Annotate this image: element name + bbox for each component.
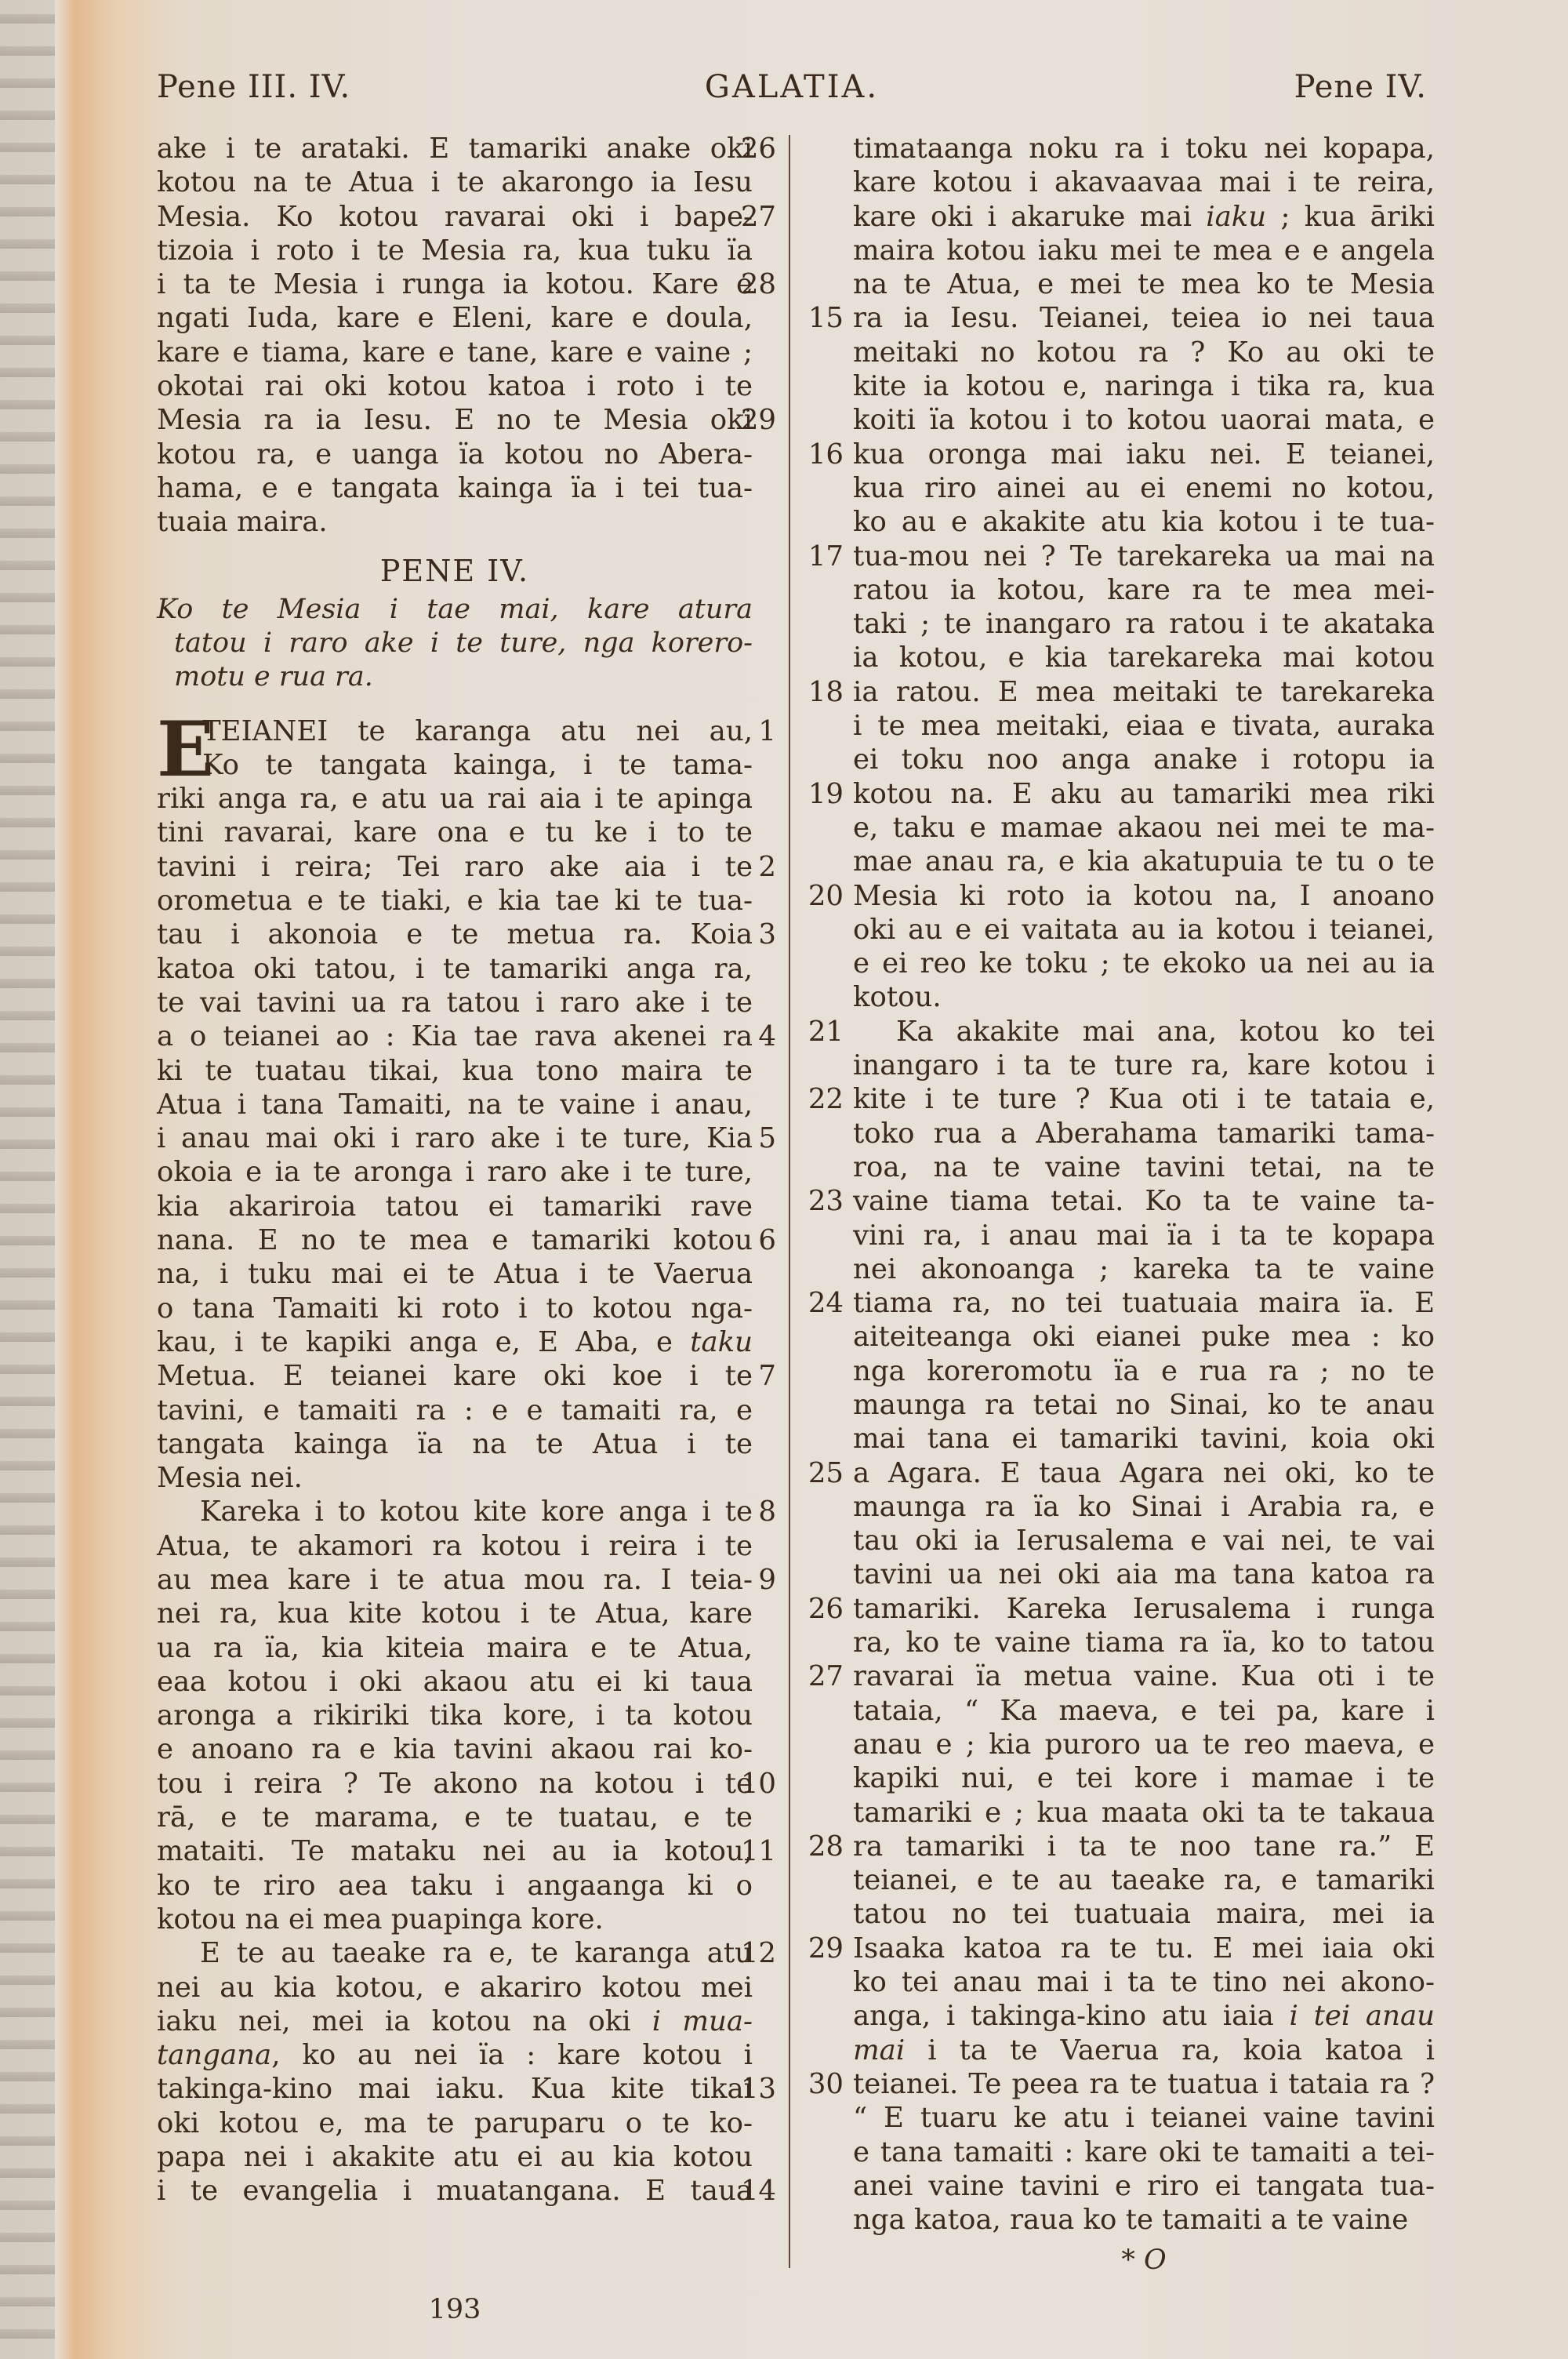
text-line: 30teianei. Te peea ra te tuatua i tataia… xyxy=(800,2067,1435,2101)
text-line: nga katoa, raua ko te tamaiti a te vaine xyxy=(800,2203,1435,2237)
text-line: ko tei anau mai i ta te tino nei akono- xyxy=(800,1965,1435,1999)
line-text: taki ; te inangaro ra ratou i te akataka xyxy=(853,607,1435,641)
verse-number: 29 xyxy=(721,403,776,437)
text-line: eaa kotou i oki akaou atu ei ki taua xyxy=(157,1665,776,1699)
line-text: Kareka i to kotou kite kore anga i te xyxy=(157,1495,753,1528)
previous-page-edge xyxy=(0,0,55,2359)
line-text: kotou na ei mea puapinga kore. xyxy=(157,1903,753,1936)
line-text: timataanga noku ra i toku nei kopapa, xyxy=(853,132,1435,165)
text-line: kare oki i akaruke mai iaku ; kua āriki xyxy=(800,200,1435,234)
line-text: ki te tuatau tikai, kua tono maira te xyxy=(157,1054,753,1088)
line-text: mai i ta te Vaerua ra, koia katoa i xyxy=(853,2034,1435,2067)
line-text: teianei, e te au taeake ra, e tamariki xyxy=(853,1863,1435,1897)
text-line: mai i ta te Vaerua ra, koia katoa i xyxy=(800,2034,1435,2067)
line-text: tatou no tei tuatuaia maira, mei ia xyxy=(853,1897,1435,1931)
line-text: i te mea meitaki, eiaa e tivata, auraka xyxy=(853,709,1435,743)
line-text: teianei. Te peea ra te tuatua i tataia r… xyxy=(853,2067,1435,2101)
text-line: roa, na te vaine tavini tetai, na te xyxy=(800,1150,1435,1184)
line-text: na te Atua, e mei te mea ko te Mesia xyxy=(853,267,1435,301)
line-text: Isaaka katoa ra te tu. E mei iaia oki xyxy=(853,1932,1435,1965)
text-line: anau e ; kia puroro ua te reo maeva, e xyxy=(800,1728,1435,1761)
line-text: kite i te ture ? Kua oti i te tataia e, xyxy=(853,1082,1435,1116)
line-text: okotai rai oki kotou katoa i roto i te xyxy=(157,369,753,403)
text-line: tizoia i roto i te Mesia ra, kua tuku ïa xyxy=(157,234,776,267)
line-text: kapiki nui, e tei kore i mamae i te xyxy=(853,1761,1435,1795)
line-text: tizoia i roto i te Mesia ra, kua tuku ïa xyxy=(157,234,753,267)
text-line: tini ravarai, kare ona e tu ke i to te xyxy=(157,816,776,849)
line-text: TEIANEI te karanga atu nei au, xyxy=(202,714,753,748)
line-text: nana. E no te mea e tamariki kotou xyxy=(157,1223,753,1257)
text-line: ei toku noo anga anake i rotopu ia xyxy=(800,743,1435,776)
text-line: kia akariroia tatou ei tamariki rave xyxy=(157,1190,776,1223)
text-line: 23vaine tiama tetai. Ko ta te vaine ta- xyxy=(800,1184,1435,1218)
line-text: i te evangelia i muatangana. E taua xyxy=(157,2174,753,2208)
text-line: kau, i te kapiki anga e, E Aba, e taku xyxy=(157,1325,776,1359)
summary-line: Ko te Mesia i tae mai, kare atura xyxy=(157,593,753,627)
text-line: rā, e te marama, e te tuatau, e te xyxy=(157,1801,776,1834)
line-text: ratou ia kotou, kare ra te mea mei- xyxy=(853,573,1435,607)
header-book-title: GALATIA. xyxy=(157,69,1427,105)
text-line: tavini, e tamaiti ra : e e tamaiti ra, e xyxy=(157,1394,776,1427)
text-line: kotou na te Atua i te akarongo ia Iesu xyxy=(157,165,776,199)
verse-number: 6 xyxy=(721,1223,776,1257)
line-text: ngati Iuda, kare e Eleni, kare e doula, xyxy=(157,301,753,335)
line-text: aronga a rikiriki tika kore, i ta kotou xyxy=(157,1699,753,1732)
line-text: aiteiteanga oki eianei puke mea : ko xyxy=(853,1320,1435,1354)
text-line: mae anau ra, e kia akatupuia te tu o te xyxy=(800,845,1435,878)
text-line: kua riro ainei au ei enemi no kotou, xyxy=(800,471,1435,505)
text-line: tamariki e ; kua maata oki ta te takaua xyxy=(800,1796,1435,1830)
line-text: inangaro i ta te ture ra, kare kotou i xyxy=(853,1049,1435,1082)
text-line: kotou ra, e uanga ïa kotou no Abera- xyxy=(157,438,776,471)
line-text: maunga ra ïa ko Sinai i Arabia ra, e xyxy=(853,1490,1435,1524)
line-text: a Agara. E taua Agara nei oki, ko te xyxy=(853,1456,1435,1490)
line-text: tua-mou nei ? Te tarekareka ua mai na xyxy=(853,540,1435,573)
line-text: kau, i te kapiki anga e, E Aba, e taku xyxy=(157,1325,753,1359)
line-text: nei au kia kotou, e akariro kotou mei xyxy=(157,1971,753,2005)
text-line: i ta te Mesia i runga ia kotou. Kare e28 xyxy=(157,267,776,301)
text-line: kapiki nui, e tei kore i mamae i te xyxy=(800,1761,1435,1795)
verse-number: 9 xyxy=(721,1563,776,1597)
verse-number: 22 xyxy=(800,1082,844,1116)
text-line: o tana Tamaiti ki roto i to kotou nga- xyxy=(157,1292,776,1325)
line-text: nga katoa, raua ko te tamaiti a te vaine xyxy=(853,2203,1435,2237)
line-text: e ei reo ke toku ; te ekoko ua nei au ia xyxy=(853,947,1435,980)
text-line: vini ra, i anau mai ïa i ta te kopapa xyxy=(800,1219,1435,1252)
line-text: eaa kotou i oki akaou atu ei ki taua xyxy=(157,1665,753,1699)
line-text: ra tamariki i ta te noo tane ra.” E xyxy=(853,1830,1435,1863)
text-line: tangata kainga ïa na te Atua i te xyxy=(157,1427,776,1461)
text-line: 28ra tamariki i ta te noo tane ra.” E xyxy=(800,1830,1435,1863)
line-text: oki au e ei vaitata au ia kotou i teiane… xyxy=(853,913,1435,947)
line-text: oki kotou e, ma te paruparu o te ko- xyxy=(157,2106,753,2140)
text-line: Metua. E teianei kare oki koe i te7 xyxy=(157,1359,776,1393)
line-text: kare oki i akaruke mai iaku ; kua āriki xyxy=(853,200,1435,234)
line-text: toko rua a Aberahama tamariki tama- xyxy=(853,1117,1435,1150)
line-text: tamariki. Kareka Ierusalema i runga xyxy=(853,1592,1435,1626)
verse-number: 27 xyxy=(721,200,776,234)
chapter-summary: Ko te Mesia i tae mai, kare aturatatou i… xyxy=(157,593,753,694)
verse-number: 27 xyxy=(800,1659,844,1693)
line-text: tiama ra, no tei tuatuaia maira ïa. E xyxy=(853,1286,1435,1320)
verse-number: 29 xyxy=(800,1932,844,1965)
text-line: a o teianei ao : Kia tae rava akenei ra4 xyxy=(157,1020,776,1053)
line-text: orometua e te tiaki, e kia tae ki te tua… xyxy=(157,884,753,918)
line-text: katoa oki tatou, i te tamariki anga ra, xyxy=(157,952,753,986)
line-text: tini ravarai, kare ona e tu ke i to te xyxy=(157,816,753,849)
line-text: Metua. E teianei kare oki koe i te xyxy=(157,1359,753,1393)
verse-number: 15 xyxy=(800,301,844,335)
line-text: nei ra, kua kite kotou i te Atua, kare xyxy=(157,1597,753,1630)
text-line: 17tua-mou nei ? Te tarekareka ua mai na xyxy=(800,540,1435,573)
verse-number: 20 xyxy=(800,879,844,913)
line-text: takinga-kino mai iaku. Kua kite tikai xyxy=(157,2072,753,2106)
line-text: tou i reira ? Te akono na kotou i te xyxy=(157,1767,753,1801)
text-line: tuaia maira. xyxy=(157,505,776,539)
line-text: i ta te Mesia i runga ia kotou. Kare e xyxy=(157,267,753,301)
text-line: nei au kia kotou, e akariro kotou mei xyxy=(157,1971,776,2005)
verse-number: 7 xyxy=(721,1359,776,1393)
column-divider xyxy=(789,135,790,2268)
line-text: Mesia ki roto ia kotou na, I anoano xyxy=(853,879,1435,913)
line-text: Atua i tana Tamaiti, na te vaine i anau, xyxy=(157,1088,753,1121)
text-line: TEIANEI te karanga atu nei au,1 xyxy=(157,714,776,748)
line-text: tavini ua nei oki aia ma tana katoa ra xyxy=(853,1558,1435,1591)
text-line: riki anga ra, e atu ua rai aia i te apin… xyxy=(157,782,776,816)
line-text: kite ia kotou e, naringa i tika ra, kua xyxy=(853,369,1435,403)
verse-number: 28 xyxy=(721,267,776,301)
text-line: kare e tiama, kare e tane, kare e vaine … xyxy=(157,336,776,369)
verse-number: 13 xyxy=(721,2072,776,2106)
text-line: Mesia nei. xyxy=(157,1461,776,1495)
text-line: maunga ra ïa ko Sinai i Arabia ra, e xyxy=(800,1490,1435,1524)
verse-number: 10 xyxy=(721,1767,776,1801)
text-line: 18ia ratou. E mea meitaki te tarekareka xyxy=(800,675,1435,709)
text-line: ia kotou, e kia tarekareka mai kotou xyxy=(800,641,1435,674)
line-text: kare kotou i akavaavaa mai i te reira, xyxy=(853,165,1435,199)
text-line: 26tamariki. Kareka Ierusalema i runga xyxy=(800,1592,1435,1626)
line-text: mae anau ra, e kia akatupuia te tu o te xyxy=(853,845,1435,878)
line-text: e anoano ra e kia tavini akaou rai ko- xyxy=(157,1732,753,1766)
text-line: ra, ko te vaine tiama ra ïa, ko to tatou xyxy=(800,1626,1435,1659)
text-line: 25a Agara. E taua Agara nei oki, ko te xyxy=(800,1456,1435,1490)
text-line: kite ia kotou e, naringa i tika ra, kua xyxy=(800,369,1435,403)
text-line: i te evangelia i muatangana. E taua14 xyxy=(157,2174,776,2208)
text-line: maira kotou iaku mei te mea e e angela xyxy=(800,234,1435,267)
text-line: aiteiteanga oki eianei puke mea : ko xyxy=(800,1320,1435,1354)
text-line: kotou. xyxy=(800,980,1435,1014)
line-text: vaine tiama tetai. Ko ta te vaine ta- xyxy=(853,1184,1435,1218)
line-text: iaku nei, mei ia kotou na oki i mua- xyxy=(157,2005,753,2038)
line-text: Ko te tangata kainga, i te tama- xyxy=(202,748,753,782)
spacer xyxy=(157,694,776,714)
verse-number: 4 xyxy=(721,1020,776,1053)
text-line: kare kotou i akavaavaa mai i te reira, xyxy=(800,165,1435,199)
verse-number: 26 xyxy=(800,1592,844,1626)
text-line: timataanga noku ra i toku nei kopapa, xyxy=(800,132,1435,165)
text-line: i te mea meitaki, eiaa e tivata, auraka xyxy=(800,709,1435,743)
text-line: ake i te arataki. E tamariki anake oki26 xyxy=(157,132,776,165)
verse-number: 24 xyxy=(800,1286,844,1320)
line-text: o tana Tamaiti ki roto i to kotou nga- xyxy=(157,1292,753,1325)
verse-number: 8 xyxy=(721,1495,776,1528)
text-line: orometua e te tiaki, e kia tae ki te tua… xyxy=(157,884,776,918)
text-line: teianei, e te au taeake ra, e tamariki xyxy=(800,1863,1435,1897)
text-line: nei ra, kua kite kotou i te Atua, kare xyxy=(157,1597,776,1630)
text-line: nei akonoanga ; kareka ta te vaine xyxy=(800,1252,1435,1286)
verse-number: 2 xyxy=(721,850,776,884)
line-text: mataiti. Te mataku nei au ia kotou, xyxy=(157,1834,753,1868)
verse-number: 5 xyxy=(721,1121,776,1155)
text-line: takinga-kino mai iaku. Kua kite tikai13 xyxy=(157,2072,776,2106)
line-text: mai tana ei tamariki tavini, koia oki xyxy=(853,1422,1435,1456)
line-text: maira kotou iaku mei te mea e e angela xyxy=(853,234,1435,267)
text-line: okoia e ia te aronga i raro ake i te tur… xyxy=(157,1155,776,1189)
text-line: ngati Iuda, kare e Eleni, kare e doula, xyxy=(157,301,776,335)
line-text: e, taku e mamae akaou nei mei te ma- xyxy=(853,811,1435,845)
text-line: koiti ïa kotou i to kotou uaorai mata, e xyxy=(800,403,1435,437)
text-line: na, i tuku mai ei te Atua i te Vaerua xyxy=(157,1257,776,1291)
page-number: 193 xyxy=(157,2294,753,2325)
text-line: anei vaine tavini e riro ei tangata tua- xyxy=(800,2169,1435,2203)
text-line: tatou no tei tuatuaia maira, mei ia xyxy=(800,1897,1435,1931)
text-line: Mesia. Ko kotou ravarai oki i bape-27 xyxy=(157,200,776,234)
line-text: vini ra, i anau mai ïa i ta te kopapa xyxy=(853,1219,1435,1252)
line-text: “ E tuaru ke atu i teianei vaine tavini xyxy=(853,2101,1435,2135)
text-line: Mesia ra ia Iesu. E no te Mesia oki29 xyxy=(157,403,776,437)
line-text: kia akariroia tatou ei tamariki rave xyxy=(157,1190,753,1223)
text-line: e, taku e mamae akaou nei mei te ma- xyxy=(800,811,1435,845)
text-line: e ei reo ke toku ; te ekoko ua nei au ia xyxy=(800,947,1435,980)
text-line: tataia, “ Ka maeva, e tei pa, kare i xyxy=(800,1694,1435,1728)
line-text: riki anga ra, e atu ua rai aia i te apin… xyxy=(157,782,753,816)
text-line: 22kite i te ture ? Kua oti i te tataia e… xyxy=(800,1082,1435,1116)
line-text: okoia e ia te aronga i raro ake i te tur… xyxy=(157,1155,753,1189)
line-text: Ka akakite mai ana, kotou ko tei xyxy=(853,1015,1435,1049)
text-line: 21Ka akakite mai ana, kotou ko tei xyxy=(800,1015,1435,1049)
line-text: roa, na te vaine tavini tetai, na te xyxy=(853,1150,1435,1184)
line-text: tuaia maira. xyxy=(157,505,753,539)
text-line: ua ra ïa, kia kiteia maira e te Atua, xyxy=(157,1631,776,1665)
line-text: kotou ra, e uanga ïa kotou no Abera- xyxy=(157,438,753,471)
text-line: meitaki no kotou ra ? Ko au oki te xyxy=(800,336,1435,369)
verse-number: 23 xyxy=(800,1184,844,1218)
line-text: Mesia nei. xyxy=(157,1461,753,1495)
line-text: E te au taeake ra e, te karanga atu xyxy=(157,1936,753,1970)
text-line: Atua i tana Tamaiti, na te vaine i anau, xyxy=(157,1088,776,1121)
text-line: tau i akonoia e te metua ra. Koia3 xyxy=(157,918,776,951)
text-line: tau oki ia Ierusalema e vai nei, te vai xyxy=(800,1524,1435,1558)
line-text: i anau mai oki i raro ake i te ture, Kia xyxy=(157,1121,753,1155)
line-text: ko te riro aea taku i angaanga ki o xyxy=(157,1869,753,1903)
text-line: E te au taeake ra e, te karanga atu12 xyxy=(157,1936,776,1970)
line-text: anga, i takinga-kino atu iaia i tei anau xyxy=(853,1999,1435,2033)
verse-number: 25 xyxy=(800,1456,844,1490)
text-line: 29Isaaka katoa ra te tu. E mei iaia oki xyxy=(800,1932,1435,1965)
text-line: oki au e ei vaitata au ia kotou i teiane… xyxy=(800,913,1435,947)
verse-number: 16 xyxy=(800,438,844,471)
text-line: tangana, ko au nei ïa : kare kotou i xyxy=(157,2038,776,2072)
text-line: tavini i reira; Tei raro ake aia i te2 xyxy=(157,850,776,884)
verse-number: 21 xyxy=(800,1015,844,1049)
line-text: ko tei anau mai i ta te tino nei akono- xyxy=(853,1965,1435,1999)
text-line: nana. E no te mea e tamariki kotou6 xyxy=(157,1223,776,1257)
line-text: ko au e akakite atu kia kotou i te tua- xyxy=(853,505,1435,539)
line-text: nga koreromotu ïa e rua ra ; no te xyxy=(853,1354,1435,1388)
verse-number: 18 xyxy=(800,675,844,709)
verse-number: 19 xyxy=(800,777,844,811)
text-line: taki ; te inangaro ra ratou i te akataka xyxy=(800,607,1435,641)
line-text: e tana tamaiti : kare oki te tamaiti a t… xyxy=(853,2135,1435,2169)
line-text: kotou na te Atua i te akarongo ia Iesu xyxy=(157,165,753,199)
header-right-chapter: Pene IV. xyxy=(1294,69,1427,105)
text-line: hama, e e tangata kainga ïa i tei tua- xyxy=(157,471,776,505)
text-line: 24tiama ra, no tei tuatuaia maira ïa. E xyxy=(800,1286,1435,1320)
line-text: anei vaine tavini e riro ei tangata tua- xyxy=(853,2169,1435,2203)
line-text: ra ia Iesu. Teianei, teiea io nei taua xyxy=(853,301,1435,335)
line-text: ei toku noo anga anake i rotopu ia xyxy=(853,743,1435,776)
line-text: Atua, te akamori ra kotou i reira i te xyxy=(157,1529,753,1563)
text-line: mai tana ei tamariki tavini, koia oki xyxy=(800,1422,1435,1456)
verse-number: 12 xyxy=(721,1936,776,1970)
text-line: katoa oki tatou, i te tamariki anga ra, xyxy=(157,952,776,986)
text-line: Atua, te akamori ra kotou i reira i te xyxy=(157,1529,776,1563)
line-text: tavini, e tamaiti ra : e e tamaiti ra, e xyxy=(157,1394,753,1427)
line-text: tangana, ko au nei ïa : kare kotou i xyxy=(157,2038,753,2072)
line-text: rā, e te marama, e te tuatau, e te xyxy=(157,1801,753,1834)
text-line: e anoano ra e kia tavini akaou rai ko- xyxy=(157,1732,776,1766)
text-line: Ko te tangata kainga, i te tama- xyxy=(157,748,776,782)
line-text: ake i te arataki. E tamariki anake oki xyxy=(157,132,753,165)
line-text: ua ra ïa, kia kiteia maira e te Atua, xyxy=(157,1631,753,1665)
verse-number: 17 xyxy=(800,540,844,573)
line-text: tavini i reira; Tei raro ake aia i te xyxy=(157,850,753,884)
text-line: ko te riro aea taku i angaanga ki o xyxy=(157,1869,776,1903)
line-text: tamariki e ; kua maata oki ta te takaua xyxy=(853,1796,1435,1830)
line-text: Mesia ra ia Iesu. E no te Mesia oki xyxy=(157,403,753,437)
summary-line: motu e rua ra. xyxy=(157,660,753,694)
text-line: papa nei i akakite atu ei au kia kotou xyxy=(157,2140,776,2174)
left-column: ake i te arataki. E tamariki anake oki26… xyxy=(157,132,776,2208)
text-line: aronga a rikiriki tika kore, i ta kotou xyxy=(157,1699,776,1732)
line-text: tau i akonoia e te metua ra. Koia xyxy=(157,918,753,951)
text-line: au mea kare i te atua mou ra. I teia-9 xyxy=(157,1563,776,1597)
text-line: Kareka i to kotou kite kore anga i te8 xyxy=(157,1495,776,1528)
text-line: “ E tuaru ke atu i teianei vaine tavini xyxy=(800,2101,1435,2135)
line-text: a o teianei ao : Kia tae rava akenei ra xyxy=(157,1020,753,1053)
verse-number: 26 xyxy=(721,132,776,165)
text-line: 27ravarai ïa metua vaine. Kua oti i te xyxy=(800,1659,1435,1693)
line-text: tataia, “ Ka maeva, e tei pa, kare i xyxy=(853,1694,1435,1728)
line-text: kua oronga mai iaku nei. E teianei, xyxy=(853,438,1435,471)
chapter-body: ETEIANEI te karanga atu nei au,1Ko te ta… xyxy=(157,714,776,2208)
text-line: 15ra ia Iesu. Teianei, teiea io nei taua xyxy=(800,301,1435,335)
text-line: tavini ua nei oki aia ma tana katoa ra xyxy=(800,1558,1435,1591)
line-text: meitaki no kotou ra ? Ko au oki te xyxy=(853,336,1435,369)
line-text: tangata kainga ïa na te Atua i te xyxy=(157,1427,753,1461)
running-header: Pene III. IV. GALATIA. Pene IV. xyxy=(157,69,1427,116)
line-text: koiti ïa kotou i to kotou uaorai mata, e xyxy=(853,403,1435,437)
line-text: kotou na. E aku au tamariki mea riki xyxy=(853,777,1435,811)
text-line: i anau mai oki i raro ake i te ture, Kia… xyxy=(157,1121,776,1155)
text-line: tou i reira ? Te akono na kotou i te10 xyxy=(157,1767,776,1801)
line-text: ravarai ïa metua vaine. Kua oti i te xyxy=(853,1659,1435,1693)
verse-number: 28 xyxy=(800,1830,844,1863)
line-text: hama, e e tangata kainga ïa i tei tua- xyxy=(157,471,753,505)
text-line: maunga ra tetai no Sinai, ko te anau xyxy=(800,1388,1435,1422)
line-text: Mesia. Ko kotou ravarai oki i bape- xyxy=(157,200,753,234)
verse-number: 1 xyxy=(721,714,776,748)
line-text: ia ratou. E mea meitaki te tarekareka xyxy=(853,675,1435,709)
text-line: te vai tavini ua ra tatou i raro ake i t… xyxy=(157,986,776,1020)
line-text: ra, ko te vaine tiama ra ïa, ko to tatou xyxy=(853,1626,1435,1659)
verse-number: 14 xyxy=(721,2174,776,2208)
text-line: 19kotou na. E aku au tamariki mea riki xyxy=(800,777,1435,811)
text-line: kotou na ei mea puapinga kore. xyxy=(157,1903,776,1936)
text-line: anga, i takinga-kino atu iaia i tei anau xyxy=(800,1999,1435,2033)
line-text: ia kotou, e kia tarekareka mai kotou xyxy=(853,641,1435,674)
verse-number: 30 xyxy=(800,2067,844,2101)
text-line: oki kotou e, ma te paruparu o te ko- xyxy=(157,2106,776,2140)
line-text: kotou. xyxy=(853,980,1435,1014)
right-column: timataanga noku ra i toku nei kopapa,kar… xyxy=(800,132,1435,2237)
line-text: kua riro ainei au ei enemi no kotou, xyxy=(853,471,1435,505)
text-line: nga koreromotu ïa e rua ra ; no te xyxy=(800,1354,1435,1388)
text-line: iaku nei, mei ia kotou na oki i mua- xyxy=(157,2005,776,2038)
text-line: mataiti. Te mataku nei au ia kotou,11 xyxy=(157,1834,776,1868)
line-text: maunga ra tetai no Sinai, ko te anau xyxy=(853,1388,1435,1422)
line-text: anau e ; kia puroro ua te reo maeva, e xyxy=(853,1728,1435,1761)
verse-number: 11 xyxy=(721,1834,776,1868)
text-line: ratou ia kotou, kare ra te mea mei- xyxy=(800,573,1435,607)
text-line: e tana tamaiti : kare oki te tamaiti a t… xyxy=(800,2135,1435,2169)
text-line: toko rua a Aberahama tamariki tama- xyxy=(800,1117,1435,1150)
text-line: 20Mesia ki roto ia kotou na, I anoano xyxy=(800,879,1435,913)
line-text: na, i tuku mai ei te Atua i te Vaerua xyxy=(157,1257,753,1291)
line-text: au mea kare i te atua mou ra. I teia- xyxy=(157,1563,753,1597)
text-line: inangaro i ta te ture ra, kare kotou i xyxy=(800,1049,1435,1082)
chapter-title: PENE IV. xyxy=(157,540,753,593)
text-line: okotai rai oki kotou katoa i roto i te xyxy=(157,369,776,403)
text-line: 16kua oronga mai iaku nei. E teianei, xyxy=(800,438,1435,471)
line-text: kare e tiama, kare e tane, kare e vaine … xyxy=(157,336,753,369)
text-line: ko au e akakite atu kia kotou i te tua- xyxy=(800,505,1435,539)
line-text: papa nei i akakite atu ei au kia kotou xyxy=(157,2140,753,2174)
verse-number: 3 xyxy=(721,918,776,951)
text-line: ki te tuatau tikai, kua tono maira te xyxy=(157,1054,776,1088)
text-line: na te Atua, e mei te mea ko te Mesia xyxy=(800,267,1435,301)
line-text: te vai tavini ua ra tatou i raro ake i t… xyxy=(157,986,753,1020)
signature-mark: * O xyxy=(853,2245,1435,2276)
line-text: nei akonoanga ; kareka ta te vaine xyxy=(853,1252,1435,1286)
summary-line: tatou i raro ake i te ture, nga korero- xyxy=(157,627,753,660)
line-text: tau oki ia Ierusalema e vai nei, te vai xyxy=(853,1524,1435,1558)
